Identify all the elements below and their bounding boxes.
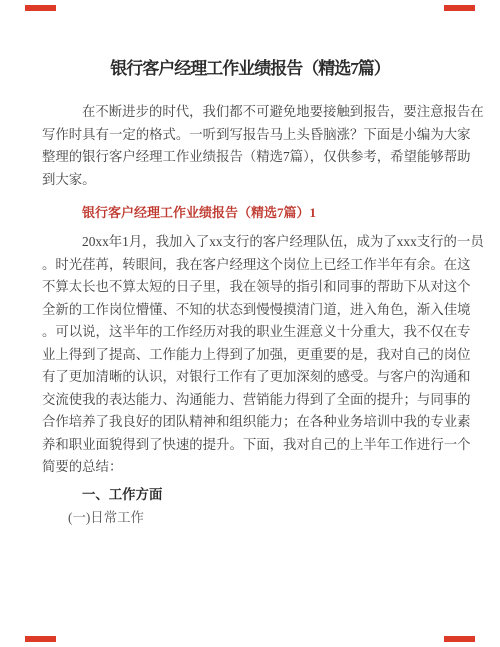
document-title: 银行客户经理工作业绩报告（精选7篇） <box>42 56 458 82</box>
body-paragraph: 20xx年1月，我加入了xx支行的客户经理队伍，成为了xxx支行的一员。时光荏苒… <box>42 231 458 479</box>
text-line: 写作时具有一定的格式。一听到写报告马上头昏脑涨？下面是小编为大家 <box>42 124 458 147</box>
text-line: 。可以说，这半年的工作经历对我的职业生涯意义十分重大，我不仅在专 <box>42 321 458 344</box>
text-line: 整理的银行客户经理工作业绩报告（精选7篇），仅供参考，希望能够帮助 <box>42 146 458 169</box>
text-line: 全新的工作岗位懵懂、不知的状态到慢慢摸清门道，进入角色，渐入佳境 <box>42 299 458 322</box>
text-line: 有了更加清晰的认识，对银行工作有了更加深刻的感受。与客户的沟通和 <box>42 366 458 389</box>
text-line: 不算太长也不算太短的日子里，我在领导的指引和同事的帮助下从对这个 <box>42 276 458 299</box>
text-line: 合作培养了我良好的团队精神和组织能力；在各种业务培训中我的专业素 <box>42 411 458 434</box>
text-line: 业上得到了提高、工作能力上得到了加强，更重要的是，我对自己的岗位 <box>42 344 458 367</box>
text-line: 养和职业面貌得到了快速的提升。下面，我对自己的上半年工作进行一个 <box>42 434 458 457</box>
intro-paragraph: 在不断进步的时代，我们都不可避免地要接触到报告，要注意报告在写作时具有一定的格式… <box>42 101 458 191</box>
text-line: 交流使我的表达能力、沟通能力、营销能力得到了全面的提升；与同事的 <box>42 389 458 412</box>
corner-mark-bottom-right <box>444 636 475 642</box>
document-content: 银行客户经理工作业绩报告（精选7篇） 在不断进步的时代，我们都不可避免地要接触到… <box>42 0 458 530</box>
text-line: 到大家。 <box>42 169 458 192</box>
document-page: 银行客户经理工作业绩报告（精选7篇） 在不断进步的时代，我们都不可避免地要接触到… <box>0 0 500 647</box>
text-line: 20xx年1月，我加入了xx支行的客户经理队伍，成为了xxx支行的一员 <box>42 231 458 254</box>
text-line: 简要的总结： <box>42 456 458 479</box>
section-heading: 银行客户经理工作业绩报告（精选7篇）1 <box>42 202 458 225</box>
subheading-work-aspect: 一、工作方面 <box>42 484 458 507</box>
corner-mark-bottom-left <box>25 636 56 642</box>
text-line: 在不断进步的时代，我们都不可避免地要接触到报告，要注意报告在 <box>42 101 458 124</box>
text-line: 。时光荏苒，转眼间，我在客户经理这个岗位上已经工作半年有余。在这 <box>42 254 458 277</box>
subheading-daily-work: (一)日常工作 <box>42 507 458 530</box>
